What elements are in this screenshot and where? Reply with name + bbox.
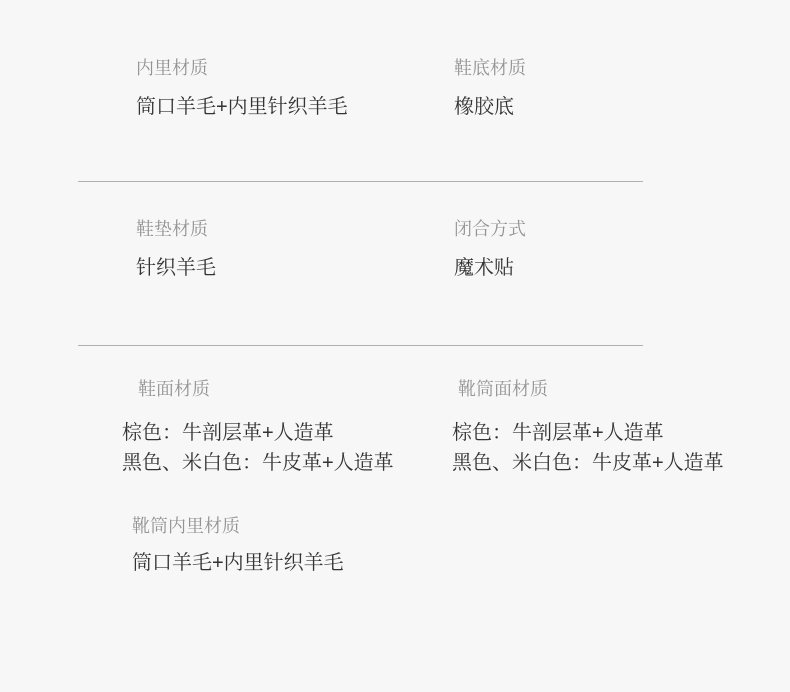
spec-label: 鞋面材质 — [138, 380, 454, 399]
spec-value: 棕色：牛剖层革+人造革 — [122, 423, 454, 444]
spec-value: 黑色、米白色：牛皮革+人造革 — [122, 453, 454, 474]
spec-label: 鞋底材质 — [454, 59, 790, 78]
spec-value: 棕色：牛剖层革+人造革 — [452, 423, 790, 444]
spec-label: 靴筒面材质 — [458, 380, 790, 399]
spec-value: 黑色、米白色：牛皮革+人造革 — [452, 453, 790, 474]
spec-section-materials-4: 靴筒内里材质 筒口羊毛+内里针织羊毛 — [0, 517, 790, 574]
spec-item-closure-type: 闭合方式 魔术贴 — [454, 220, 790, 279]
spec-item-insole-material: 鞋垫材质 针织羊毛 — [0, 220, 454, 279]
spec-label: 闭合方式 — [454, 220, 790, 239]
spec-item-boot-shaft-lining-material: 靴筒内里材质 筒口羊毛+内里针织羊毛 — [0, 517, 454, 574]
spec-label: 鞋垫材质 — [136, 220, 454, 239]
spec-label: 靴筒内里材质 — [132, 517, 454, 536]
spec-value: 筒口羊毛+内里针织羊毛 — [132, 553, 454, 574]
spec-item-upper-material: 鞋面材质 棕色：牛剖层革+人造革 黑色、米白色：牛皮革+人造革 — [0, 380, 454, 474]
spec-section-materials-2: 鞋垫材质 针织羊毛 闭合方式 魔术贴 — [0, 182, 790, 279]
spec-item-empty — [454, 517, 790, 574]
spec-item-boot-shaft-material: 靴筒面材质 棕色：牛剖层革+人造革 黑色、米白色：牛皮革+人造革 — [454, 380, 790, 474]
spec-item-inner-lining-material: 内里材质 筒口羊毛+内里针织羊毛 — [0, 59, 454, 118]
spec-section-materials-1: 内里材质 筒口羊毛+内里针织羊毛 鞋底材质 橡胶底 — [0, 0, 790, 118]
spec-section-materials-3: 鞋面材质 棕色：牛剖层革+人造革 黑色、米白色：牛皮革+人造革 靴筒面材质 棕色… — [0, 346, 790, 474]
spec-value: 魔术贴 — [454, 258, 790, 279]
spec-value: 针织羊毛 — [136, 258, 454, 279]
product-spec-page: 内里材质 筒口羊毛+内里针织羊毛 鞋底材质 橡胶底 鞋垫材质 针织羊毛 闭合方式… — [0, 0, 790, 692]
spec-value: 筒口羊毛+内里针织羊毛 — [136, 97, 454, 118]
spec-item-sole-material: 鞋底材质 橡胶底 — [454, 59, 790, 118]
spec-value: 橡胶底 — [454, 97, 790, 118]
spec-label: 内里材质 — [136, 59, 454, 78]
